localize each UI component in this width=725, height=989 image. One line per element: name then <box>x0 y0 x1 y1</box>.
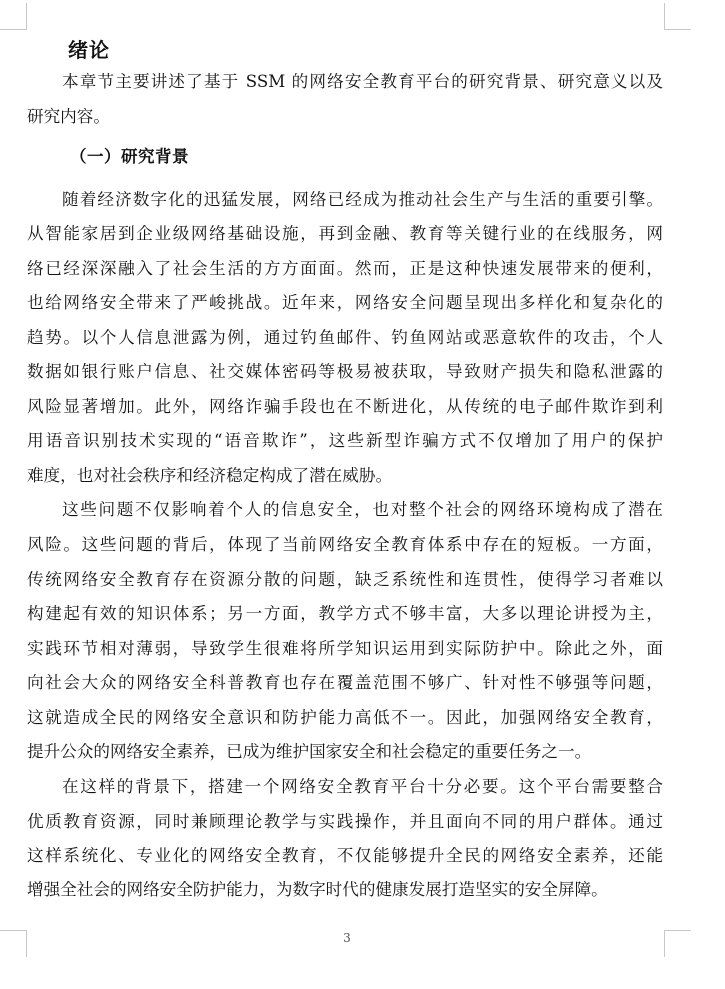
paragraph-line: 随着经济数字化的迅猛发展，网络已经成为推动社会生产与生活的重要引擎。 <box>62 189 663 211</box>
corner-mark-top-left-v <box>26 3 27 30</box>
corner-mark-bottom-right-h <box>664 930 691 931</box>
corner-mark-top-right-v <box>664 3 665 30</box>
paragraph-line: 络已经深深融入了社会生活的方方面面。然而，正是这种快速发展带来的便利， <box>27 258 663 280</box>
corner-mark-bottom-left-h <box>0 930 27 931</box>
paragraph-line: 这样系统化、专业化的网络安全教育，不仅能够提升全民的网络安全素养，还能 <box>27 845 663 867</box>
intro-line: 研究内容。 <box>27 106 663 128</box>
paragraph-line: 这些问题不仅影响着个人的信息安全，也对整个社会的网络环境构成了潜在 <box>62 499 663 521</box>
corner-mark-top-right-h <box>664 29 691 30</box>
paragraph-line: 趋势。以个人信息泄露为例，通过钓鱼邮件、钓鱼网站或恶意软件的攻击，个人 <box>27 327 663 349</box>
corner-mark-bottom-right-v <box>664 930 665 957</box>
corner-mark-bottom-left-v <box>26 930 27 957</box>
intro-line: 本章节主要讲述了基于 SSM 的网络安全教育平台的研究背景、研究意义以及 <box>62 71 663 93</box>
paragraph-line: 向社会大众的网络安全科普教育也存在覆盖范围不够广、针对性不够强等问题， <box>27 672 663 694</box>
paragraph-line: 构建起有效的知识体系；另一方面，教学方式不够丰富，大多以理论讲授为主， <box>27 603 663 625</box>
corner-mark-top-left-h <box>0 29 27 30</box>
section-heading: （一）研究背景 <box>70 145 189 169</box>
paragraph-line: 实践环节相对薄弱，导致学生很难将所学知识运用到实际防护中。除此之外，面 <box>27 638 663 660</box>
paragraph-line: 增强全社会的网络安全防护能力，为数字时代的健康发展打造坚实的安全屏障。 <box>27 879 663 901</box>
paragraph-line: 也给网络安全带来了严峻挑战。近年来，网络安全问题呈现出多样化和复杂化的 <box>27 292 663 314</box>
paragraph-line: 数据如银行账户信息、社交媒体密码等极易被获取，导致财产损失和隐私泄露的 <box>27 361 663 383</box>
page-number: 3 <box>341 931 353 945</box>
paragraph-line: 提升公众的网络安全素养，已成为维护国家安全和社会稳定的重要任务之一。 <box>27 741 663 763</box>
paragraph-line: 用语音识别技术实现的“语音欺诈”，这些新型诈骗方式不仅增加了用户的保护 <box>27 430 663 452</box>
paragraph-line: 风险。这些问题的背后，体现了当前网络安全教育体系中存在的短板。一方面， <box>27 534 663 556</box>
chapter-title: 绪论 <box>68 37 110 63</box>
paragraph-line: 优质教育资源，同时兼顾理论教学与实践操作，并且面向不同的用户群体。通过 <box>27 811 663 833</box>
paragraph-line: 在这样的背景下，搭建一个网络安全教育平台十分必要。这个平台需要整合 <box>62 776 663 798</box>
paragraph-line: 从智能家居到企业级网络基础设施，再到金融、教育等关键行业的在线服务，网 <box>27 223 663 245</box>
document-page: 绪论 本章节主要讲述了基于 SSM 的网络安全教育平台的研究背景、研究意义以及 … <box>0 0 725 989</box>
paragraph-line: 难度，也对社会秩序和经济稳定构成了潜在威胁。 <box>27 465 663 487</box>
paragraph-line: 这就造成全民的网络安全意识和防护能力高低不一。因此，加强网络安全教育， <box>27 707 663 729</box>
paragraph-line: 传统网络安全教育存在资源分散的问题，缺乏系统性和连贯性，使得学习者难以 <box>27 569 663 591</box>
paragraph-line: 风险显著增加。此外，网络诈骗手段也在不断进化，从传统的电子邮件欺诈到利 <box>27 396 663 418</box>
